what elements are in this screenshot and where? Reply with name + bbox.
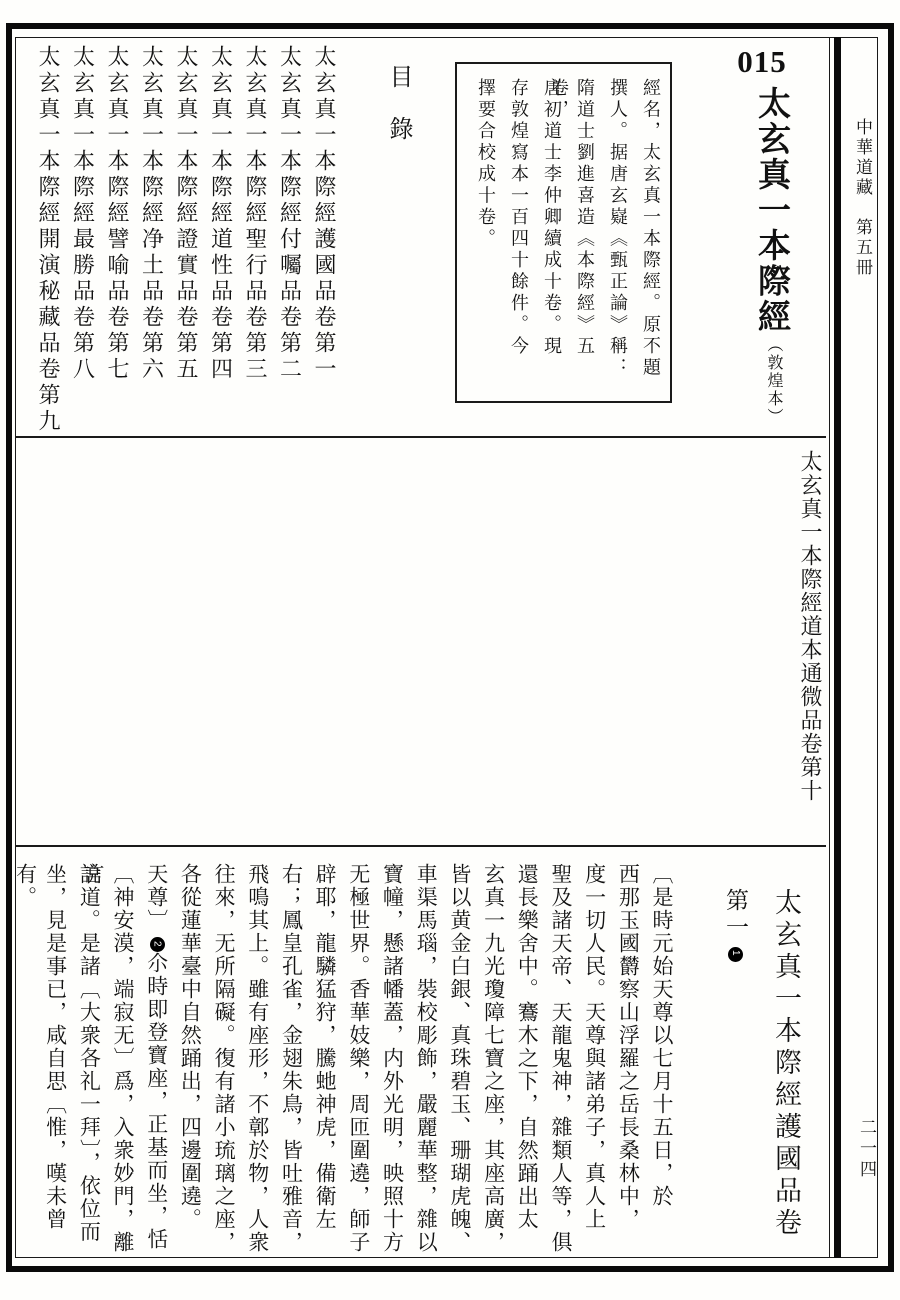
toc-entry-6: 太玄真一本際經净土品卷第六 <box>133 45 168 435</box>
previous-chapter-end-label: 太玄真一本際經道本通微品卷第十 <box>796 450 826 803</box>
note-column-6: 擇要合校成十卷。 <box>466 78 499 387</box>
body-column-6: 玄真一九光瓊障七寶之座，其座高廣， <box>475 863 509 1256</box>
volume-label: 中華道藏 第五冊 <box>845 118 875 278</box>
chapter-number-text: 第一 <box>723 888 748 942</box>
toc-entry-8: 太玄真一本際經最勝品卷第八 <box>64 45 99 435</box>
toc-entry-3: 太玄真一本際經聖行品卷第三 <box>237 45 272 435</box>
body-column-16: 天尊〕2尒時即登寶座，正基而坐，恬 <box>138 863 172 1256</box>
toc-entry-5: 太玄真一本際經證實品卷第五 <box>168 45 203 435</box>
section-divider-top <box>16 436 826 438</box>
footnote-marker-2: 2 <box>150 937 165 952</box>
toc-entry-7: 太玄真一本際經譬喻品卷第七 <box>99 45 134 435</box>
note-column-4: 唐初道士李仲卿續成十卷。現 <box>532 78 565 387</box>
main-title-subtitle: （敦煌本） <box>749 336 785 426</box>
editorial-note-columns: 經名，太玄真一本際經。原不題撰人。据唐玄嶷《甄正論》稱：隋道士劉進喜造《本際經》… <box>457 64 673 401</box>
main-box-right-rule-thick <box>834 37 841 1258</box>
body-column-5: 還長樂舍中。鶱木之下，自然踊出太 <box>509 863 543 1256</box>
toc-header: 目錄 <box>372 64 416 168</box>
body-column-19: 坐，見是事已，咸自思〔惟，嘆未曾有。 <box>37 863 71 1256</box>
body-column-10: 无極世界。香華妓樂，周匝圍遶，師子 <box>340 863 374 1256</box>
body-column-15: 各從蓮華臺中自然踊出，四邊圍遶。 <box>172 863 206 1256</box>
toc-entry-1: 太玄真一本際經護國品卷第一 <box>306 45 341 435</box>
body-column-9: 寶幢，懸諸幡蓋，内外光明，映照十方 <box>374 863 408 1256</box>
note-column-3: 隋道士劉進喜造《本際經》五卷， <box>565 78 598 387</box>
toc-entry-list: 太玄真一本際經護國品卷第一太玄真一本際經付囑品卷第二太玄真一本際經聖行品卷第三太… <box>28 45 340 435</box>
body-column-4: 聖及諸天帝、天龍鬼神，雜類人等，俱 <box>542 863 576 1256</box>
note-column-2: 撰人。据唐玄嶷《甄正論》稱： <box>598 78 631 387</box>
body-column-18: 説道。是諸〔大衆各礼一拜〕，依位而 <box>71 863 105 1256</box>
footnote-marker-1: 1 <box>728 947 743 962</box>
note-column-1: 經名，太玄真一本際經。原不題 <box>631 78 664 387</box>
body-column-3: 度一切人民。天尊與諸弟子，真人上 <box>576 863 610 1256</box>
chapter-title: 太玄真一本際經護國品卷 <box>768 863 806 1256</box>
body-column-8: 車渠馬瑙，裝校彫飾，嚴麗華整，雜以 <box>408 863 442 1256</box>
body-column-1: 〔是時元始天尊以七月十五日，於 <box>643 863 677 1256</box>
body-column-17: 〔神安漠，端寂无〕爲，入衆妙門，離言 <box>104 863 138 1256</box>
main-title: 太玄真一本際經 <box>739 86 795 335</box>
document-number: 015 <box>734 44 790 80</box>
chapter-number: 第一1 <box>718 863 752 1256</box>
body-column-12: 右；鳳皇孔雀，金翅朱鳥，皆吐雅音， <box>273 863 307 1256</box>
body-column-13: 飛鳴其上。雖有座形，不鄣於物，人衆 <box>239 863 273 1256</box>
body-column-2: 西那玉國欝察山浮羅之岳長桑林中， <box>610 863 644 1256</box>
scanned-canon-page: 中華道藏 第五冊 二一四 015 太玄真一本際經 （敦煌本） 經名，太玄真一本際… <box>0 0 900 1300</box>
body-column-11: 辟耶，龍驎猛狩，騰虵神虎，備衛左 <box>306 863 340 1256</box>
toc-entry-9: 太玄真一本際經開演秘藏品卷第九 <box>30 45 65 435</box>
editorial-note-box: 經名，太玄真一本際經。原不題撰人。据唐玄嶷《甄正論》稱：隋道士劉進喜造《本際經》… <box>455 62 672 403</box>
toc-entry-2: 太玄真一本際經付囑品卷第二 <box>271 45 306 435</box>
chapter-section: 太玄真一本際經護國品卷 第一1 〔是時元始天尊以七月十五日，於西那玉國欝察山浮羅… <box>16 847 830 1256</box>
body-column-7: 皆以黄金白銀、真珠碧玉、珊瑚虎魄、 <box>441 863 475 1256</box>
note-column-5: 存敦煌寫本一百四十餘件。今 <box>499 78 532 387</box>
toc-entry-4: 太玄真一本際經道性品卷第四 <box>202 45 237 435</box>
body-column-14: 往來，无所隔礙。復有諸小琉璃之座， <box>205 863 239 1256</box>
page-number: 二一四 <box>851 1118 879 1181</box>
